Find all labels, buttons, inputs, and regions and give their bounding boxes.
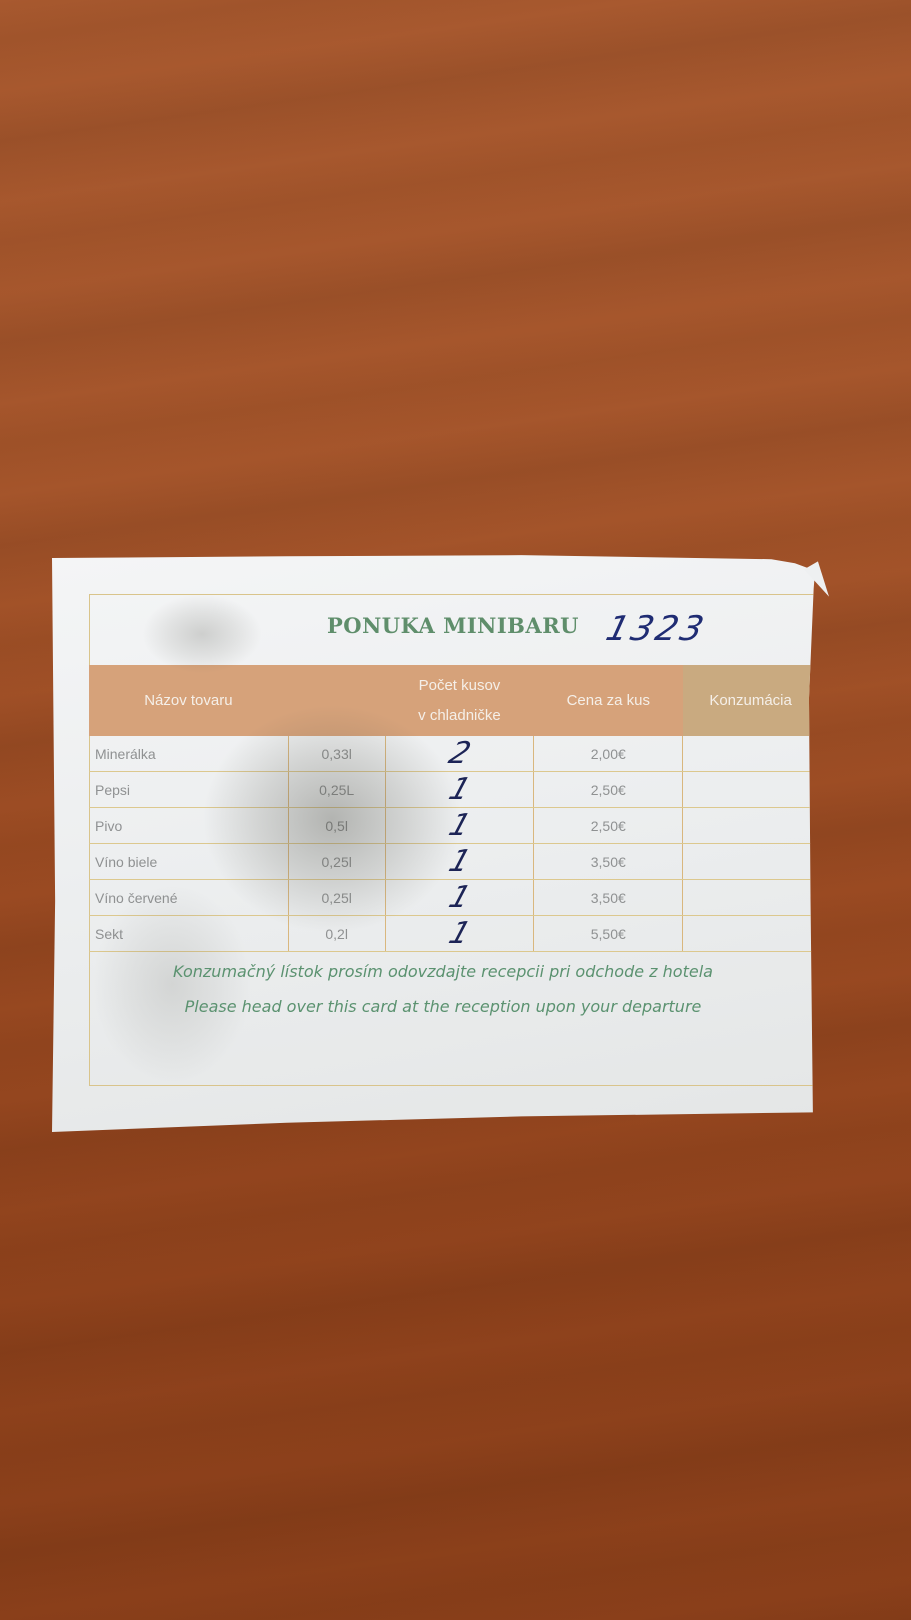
item-price: 5,50€ <box>534 916 683 952</box>
item-consumption <box>683 844 819 880</box>
handwritten-count: 1 <box>445 919 474 949</box>
item-name: Víno biele <box>89 844 288 880</box>
header-volume <box>288 665 385 736</box>
item-count-cell: 2 <box>385 736 534 772</box>
handwritten-count: 2 <box>445 739 474 769</box>
handwritten-room-number: 1323 <box>602 609 711 649</box>
header-consumption: Konzumácia <box>683 665 819 736</box>
minibar-card: PONUKA MINIBARU 1323 Názov tovaru Počet … <box>52 554 834 1132</box>
item-price: 3,50€ <box>534 880 683 916</box>
item-count-cell: 1 <box>385 844 534 880</box>
return-card-note-english: Please head over this card at the recept… <box>52 997 834 1016</box>
item-name: Víno červené <box>89 880 288 916</box>
item-count-cell: 1 <box>385 880 534 916</box>
item-name: Sekt <box>89 916 288 952</box>
item-name: Pivo <box>89 808 288 844</box>
card-title: PONUKA MINIBARU <box>52 613 834 638</box>
header-unit-price: Cena za kus <box>534 665 683 736</box>
item-volume: 0,2l <box>288 916 385 952</box>
header-count-in-fridge: Počet kusov v chladničke <box>385 665 534 736</box>
item-count-cell: 1 <box>385 916 534 952</box>
item-price: 3,50€ <box>534 844 683 880</box>
item-consumption <box>683 736 819 772</box>
handwritten-count: 1 <box>445 883 474 913</box>
header-count-line1: Počet kusov <box>386 671 534 701</box>
table-row: Víno biele 0,25l 1 3,50€ <box>89 844 819 880</box>
item-consumption <box>683 808 819 844</box>
header-count-line2: v chladničke <box>386 701 534 731</box>
table-row: Pepsi 0,25L 1 2,50€ <box>89 772 819 808</box>
header-item-name: Názov tovaru <box>89 665 288 736</box>
item-name: Minerálka <box>89 736 288 772</box>
return-card-note-slovak: Konzumačný lístok prosím odovzdajte rece… <box>52 962 834 981</box>
item-consumption <box>683 772 819 808</box>
item-price: 2,50€ <box>534 772 683 808</box>
minibar-price-table: Názov tovaru Počet kusov v chladničke Ce… <box>89 665 819 952</box>
handwritten-count: 1 <box>445 847 474 877</box>
handwritten-count: 1 <box>445 775 474 805</box>
table-row: Pivo 0,5l 1 2,50€ <box>89 808 819 844</box>
handwritten-count: 1 <box>445 811 474 841</box>
item-consumption <box>683 880 819 916</box>
item-name: Pepsi <box>89 772 288 808</box>
item-volume: 0,5l <box>288 808 385 844</box>
item-count-cell: 1 <box>385 772 534 808</box>
item-price: 2,00€ <box>534 736 683 772</box>
item-volume: 0,25l <box>288 844 385 880</box>
item-volume: 0,33l <box>288 736 385 772</box>
table-row: Víno červené 0,25l 1 3,50€ <box>89 880 819 916</box>
table-row: Minerálka 0,33l 2 2,00€ <box>89 736 819 772</box>
table-header-row: Názov tovaru Počet kusov v chladničke Ce… <box>89 665 819 736</box>
item-consumption <box>683 916 819 952</box>
item-price: 2,50€ <box>534 808 683 844</box>
table-row: Sekt 0,2l 1 5,50€ <box>89 916 819 952</box>
item-count-cell: 1 <box>385 808 534 844</box>
item-volume: 0,25L <box>288 772 385 808</box>
item-volume: 0,25l <box>288 880 385 916</box>
